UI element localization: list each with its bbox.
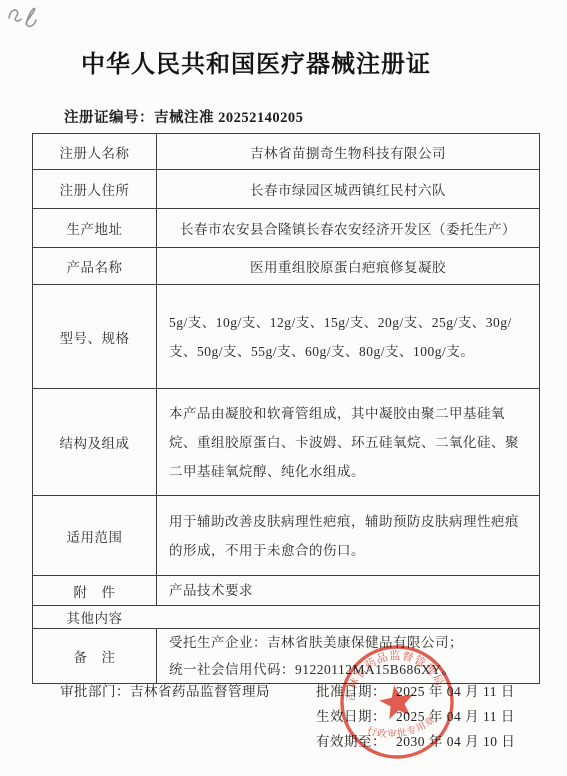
expiry-date-label: 有效期至： <box>316 734 386 749</box>
row-other-content: 其他内容 <box>33 606 540 629</box>
expiry-date-value: 2030 年 04 月 10 日 <box>396 734 515 749</box>
row-value-production-address: 长春市农安县合隆镇长春农安经济开发区（委托生产） <box>157 209 540 248</box>
row-label-remarks: 备 注 <box>33 629 157 684</box>
table-row-structure-composition: 结构及组成 本产品由凝胶和软膏管组成，其中凝胶由聚二甲基硅氧烷、重组胶原蛋白、卡… <box>33 389 540 496</box>
certificate-page: 中华人民共和国医疗器械注册证 注册证编号：吉械注准 20252140205 注册… <box>0 0 567 776</box>
row-value-registrant-address: 长春市绿园区城西镇红民村六队 <box>157 170 540 209</box>
table-row-model-spec: 型号、规格 5g/支、10g/支、12g/支、15g/支、20g/支、25g/支… <box>33 285 540 389</box>
table-row-other-content: 其他内容 <box>33 606 540 629</box>
row-value-attachment: 产品技术要求 <box>157 576 540 606</box>
row-label-registrant-address: 注册人住所 <box>33 170 157 209</box>
approval-date-label: 批准日期： <box>316 684 386 699</box>
registration-table: 注册人名称 吉林省苗捌奇生物科技有限公司 注册人住所 长春市绿园区城西镇红民村六… <box>32 133 540 684</box>
cert-number-value: 吉械注准 20252140205 <box>154 110 303 126</box>
row-label-product-name: 产品名称 <box>33 248 157 285</box>
row-label-production-address: 生产地址 <box>33 209 157 248</box>
row-label-attachment: 附 件 <box>33 576 157 606</box>
approval-department-label: 审批部门： <box>60 684 130 699</box>
approval-date-line: 批准日期：2025 年 04 月 11 日 <box>316 679 515 704</box>
table-row-production-address: 生产地址 长春市农安县合隆镇长春农安经济开发区（委托生产） <box>33 209 540 248</box>
effective-date-line: 生效日期：2025 年 04 月 11 日 <box>316 704 515 729</box>
table-row-product-name: 产品名称 医用重组胶原蛋白疤痕修复凝胶 <box>33 248 540 285</box>
row-label-registrant-name: 注册人名称 <box>33 134 157 170</box>
approval-department-value: 吉林省药品监督管理局 <box>130 684 270 699</box>
row-label-scope-of-application: 适用范围 <box>33 496 157 576</box>
effective-date-value: 2025 年 04 月 11 日 <box>396 709 515 724</box>
table-row-registrant-address: 注册人住所 长春市绿园区城西镇红民村六队 <box>33 170 540 209</box>
row-value-structure-composition: 本产品由凝胶和软膏管组成，其中凝胶由聚二甲基硅氧烷、重组胶原蛋白、卡波姆、环五硅… <box>157 389 540 496</box>
cert-number-label: 注册证编号： <box>64 110 154 126</box>
table-row-scope-of-application: 适用范围 用于辅助改善皮肤病理性疤痕，辅助预防皮肤病理性疤痕的形成，不用于未愈合… <box>33 496 540 576</box>
date-block: 批准日期：2025 年 04 月 11 日 生效日期：2025 年 04 月 1… <box>316 679 515 754</box>
approval-date-value: 2025 年 04 月 11 日 <box>396 684 515 699</box>
expiry-date-line: 有效期至：2030 年 04 月 10 日 <box>316 729 515 754</box>
row-value-scope-of-application: 用于辅助改善皮肤病理性疤痕，辅助预防皮肤病理性疤痕的形成，不用于未愈合的伤口。 <box>157 496 540 576</box>
row-value-remarks: 受托生产企业：吉林省肤美康保健品有限公司； 统一社会信用代码：91220112M… <box>157 629 540 684</box>
approval-department-line: 审批部门：吉林省药品监督管理局 <box>60 680 270 700</box>
page-title: 中华人民共和国医疗器械注册证 <box>0 44 512 79</box>
handwritten-mark <box>6 3 48 33</box>
row-label-model-spec: 型号、规格 <box>33 285 157 389</box>
row-label-structure-composition: 结构及组成 <box>33 389 157 496</box>
remarks-line-entrusted-manufacturer: 受托生产企业：吉林省肤美康保健品有限公司； <box>169 629 527 656</box>
table-row-attachment: 附 件 产品技术要求 <box>33 576 540 606</box>
row-label-other-content: 其他内容 <box>34 607 155 627</box>
table-row-remarks: 备 注 受托生产企业：吉林省肤美康保健品有限公司； 统一社会信用代码：91220… <box>33 629 540 684</box>
row-value-product-name: 医用重组胶原蛋白疤痕修复凝胶 <box>157 248 540 285</box>
row-value-model-spec: 5g/支、10g/支、12g/支、15g/支、20g/支、25g/支、30g/支… <box>157 285 540 389</box>
table-row-registrant-name: 注册人名称 吉林省苗捌奇生物科技有限公司 <box>33 134 540 170</box>
cert-number-line: 注册证编号：吉械注准 20252140205 <box>64 106 303 127</box>
row-value-registrant-name: 吉林省苗捌奇生物科技有限公司 <box>157 134 540 170</box>
effective-date-label: 生效日期： <box>316 709 386 724</box>
